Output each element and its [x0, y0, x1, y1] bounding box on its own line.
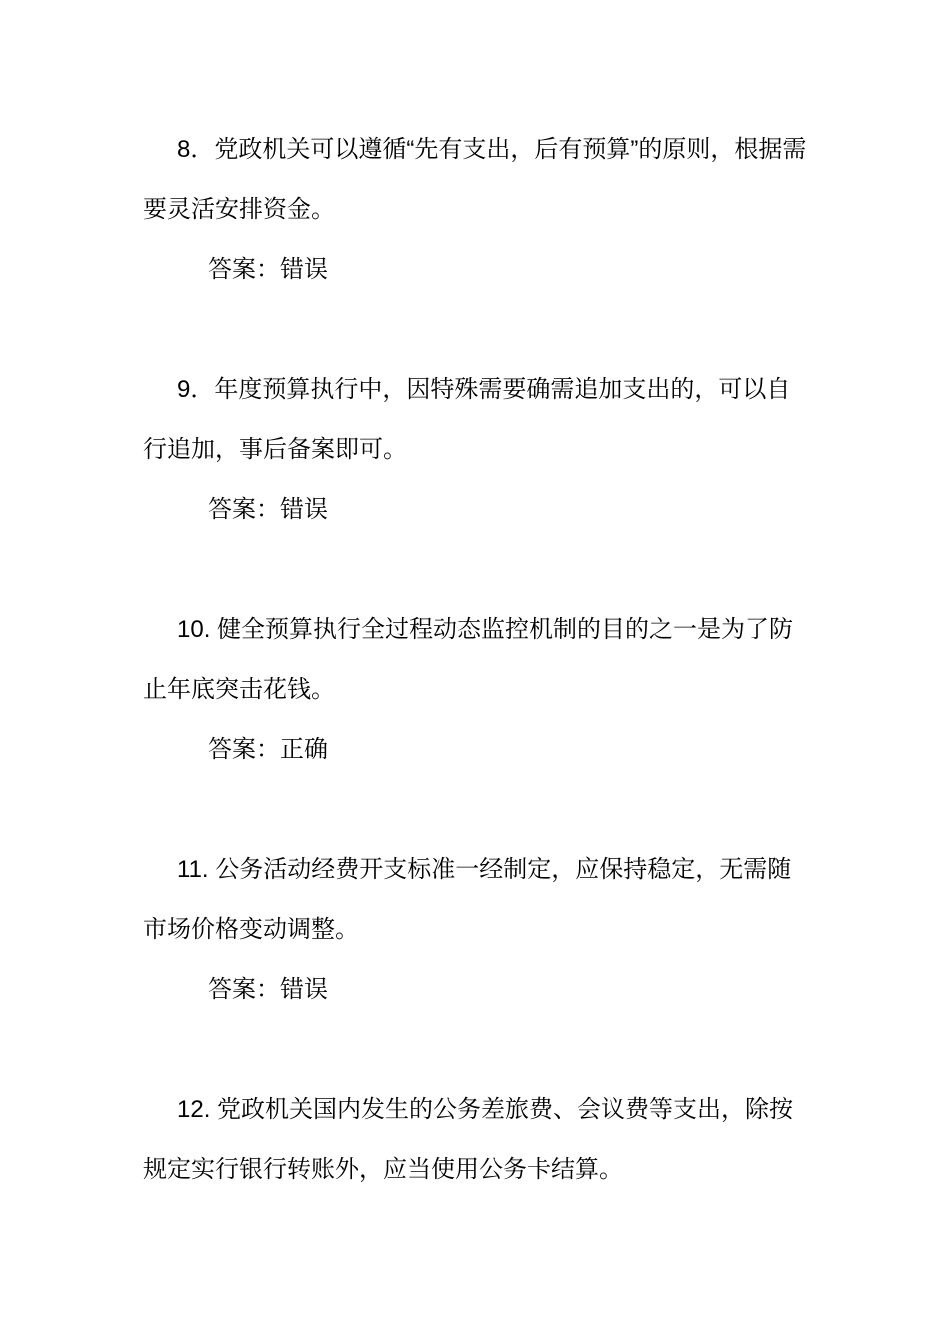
answer-label: 答案： — [208, 256, 280, 283]
question-11-answer-line: 答案：错误 — [143, 960, 850, 1020]
question-12: 12. 党政机关国内发生的公务差旅费、会议费等支出，除按 规定实行银行转账外，应… — [143, 1080, 850, 1200]
question-11: 11. 公务活动经费开支标准一经制定，应保持稳定，无需随 市场价格变动调整。 答… — [143, 840, 850, 1020]
question-9-text-line-1: 9．年度预算执行中，因特殊需要确需追加支出的，可以自 — [143, 360, 850, 420]
question-11-text-line-2: 市场价格变动调整。 — [143, 900, 850, 960]
answer-value: 错误 — [280, 256, 328, 283]
question-8-text-line-1: 8．党政机关可以遵循“先有支出，后有预算”的原则，根据需 — [143, 120, 850, 180]
question-10-text-line-1: 10. 健全预算执行全过程动态监控机制的目的之一是为了防 — [143, 600, 850, 660]
document-page: 8．党政机关可以遵循“先有支出，后有预算”的原则，根据需 要灵活安排资金。 答案… — [0, 0, 950, 1344]
question-10: 10. 健全预算执行全过程动态监控机制的目的之一是为了防 止年底突击花钱。 答案… — [143, 600, 850, 780]
answer-value: 正确 — [280, 736, 328, 763]
question-9-text-line-2: 行追加，事后备案即可。 — [143, 420, 850, 480]
question-9-answer-line: 答案：错误 — [143, 480, 850, 540]
answer-label: 答案： — [208, 496, 280, 523]
answer-label: 答案： — [208, 976, 280, 1003]
question-11-text-line-1: 11. 公务活动经费开支标准一经制定，应保持稳定，无需随 — [143, 840, 850, 900]
answer-value: 错误 — [280, 496, 328, 523]
question-8: 8．党政机关可以遵循“先有支出，后有预算”的原则，根据需 要灵活安排资金。 答案… — [143, 120, 850, 300]
answer-value: 错误 — [280, 976, 328, 1003]
question-8-answer-line: 答案：错误 — [143, 240, 850, 300]
question-9: 9．年度预算执行中，因特殊需要确需追加支出的，可以自 行追加，事后备案即可。 答… — [143, 360, 850, 540]
question-10-answer-line: 答案：正确 — [143, 720, 850, 780]
question-12-text-line-2: 规定实行银行转账外，应当使用公务卡结算。 — [143, 1140, 850, 1200]
question-8-text-line-2: 要灵活安排资金。 — [143, 180, 850, 240]
answer-label: 答案： — [208, 736, 280, 763]
question-10-text-line-2: 止年底突击花钱。 — [143, 660, 850, 720]
question-12-text-line-1: 12. 党政机关国内发生的公务差旅费、会议费等支出，除按 — [143, 1080, 850, 1140]
